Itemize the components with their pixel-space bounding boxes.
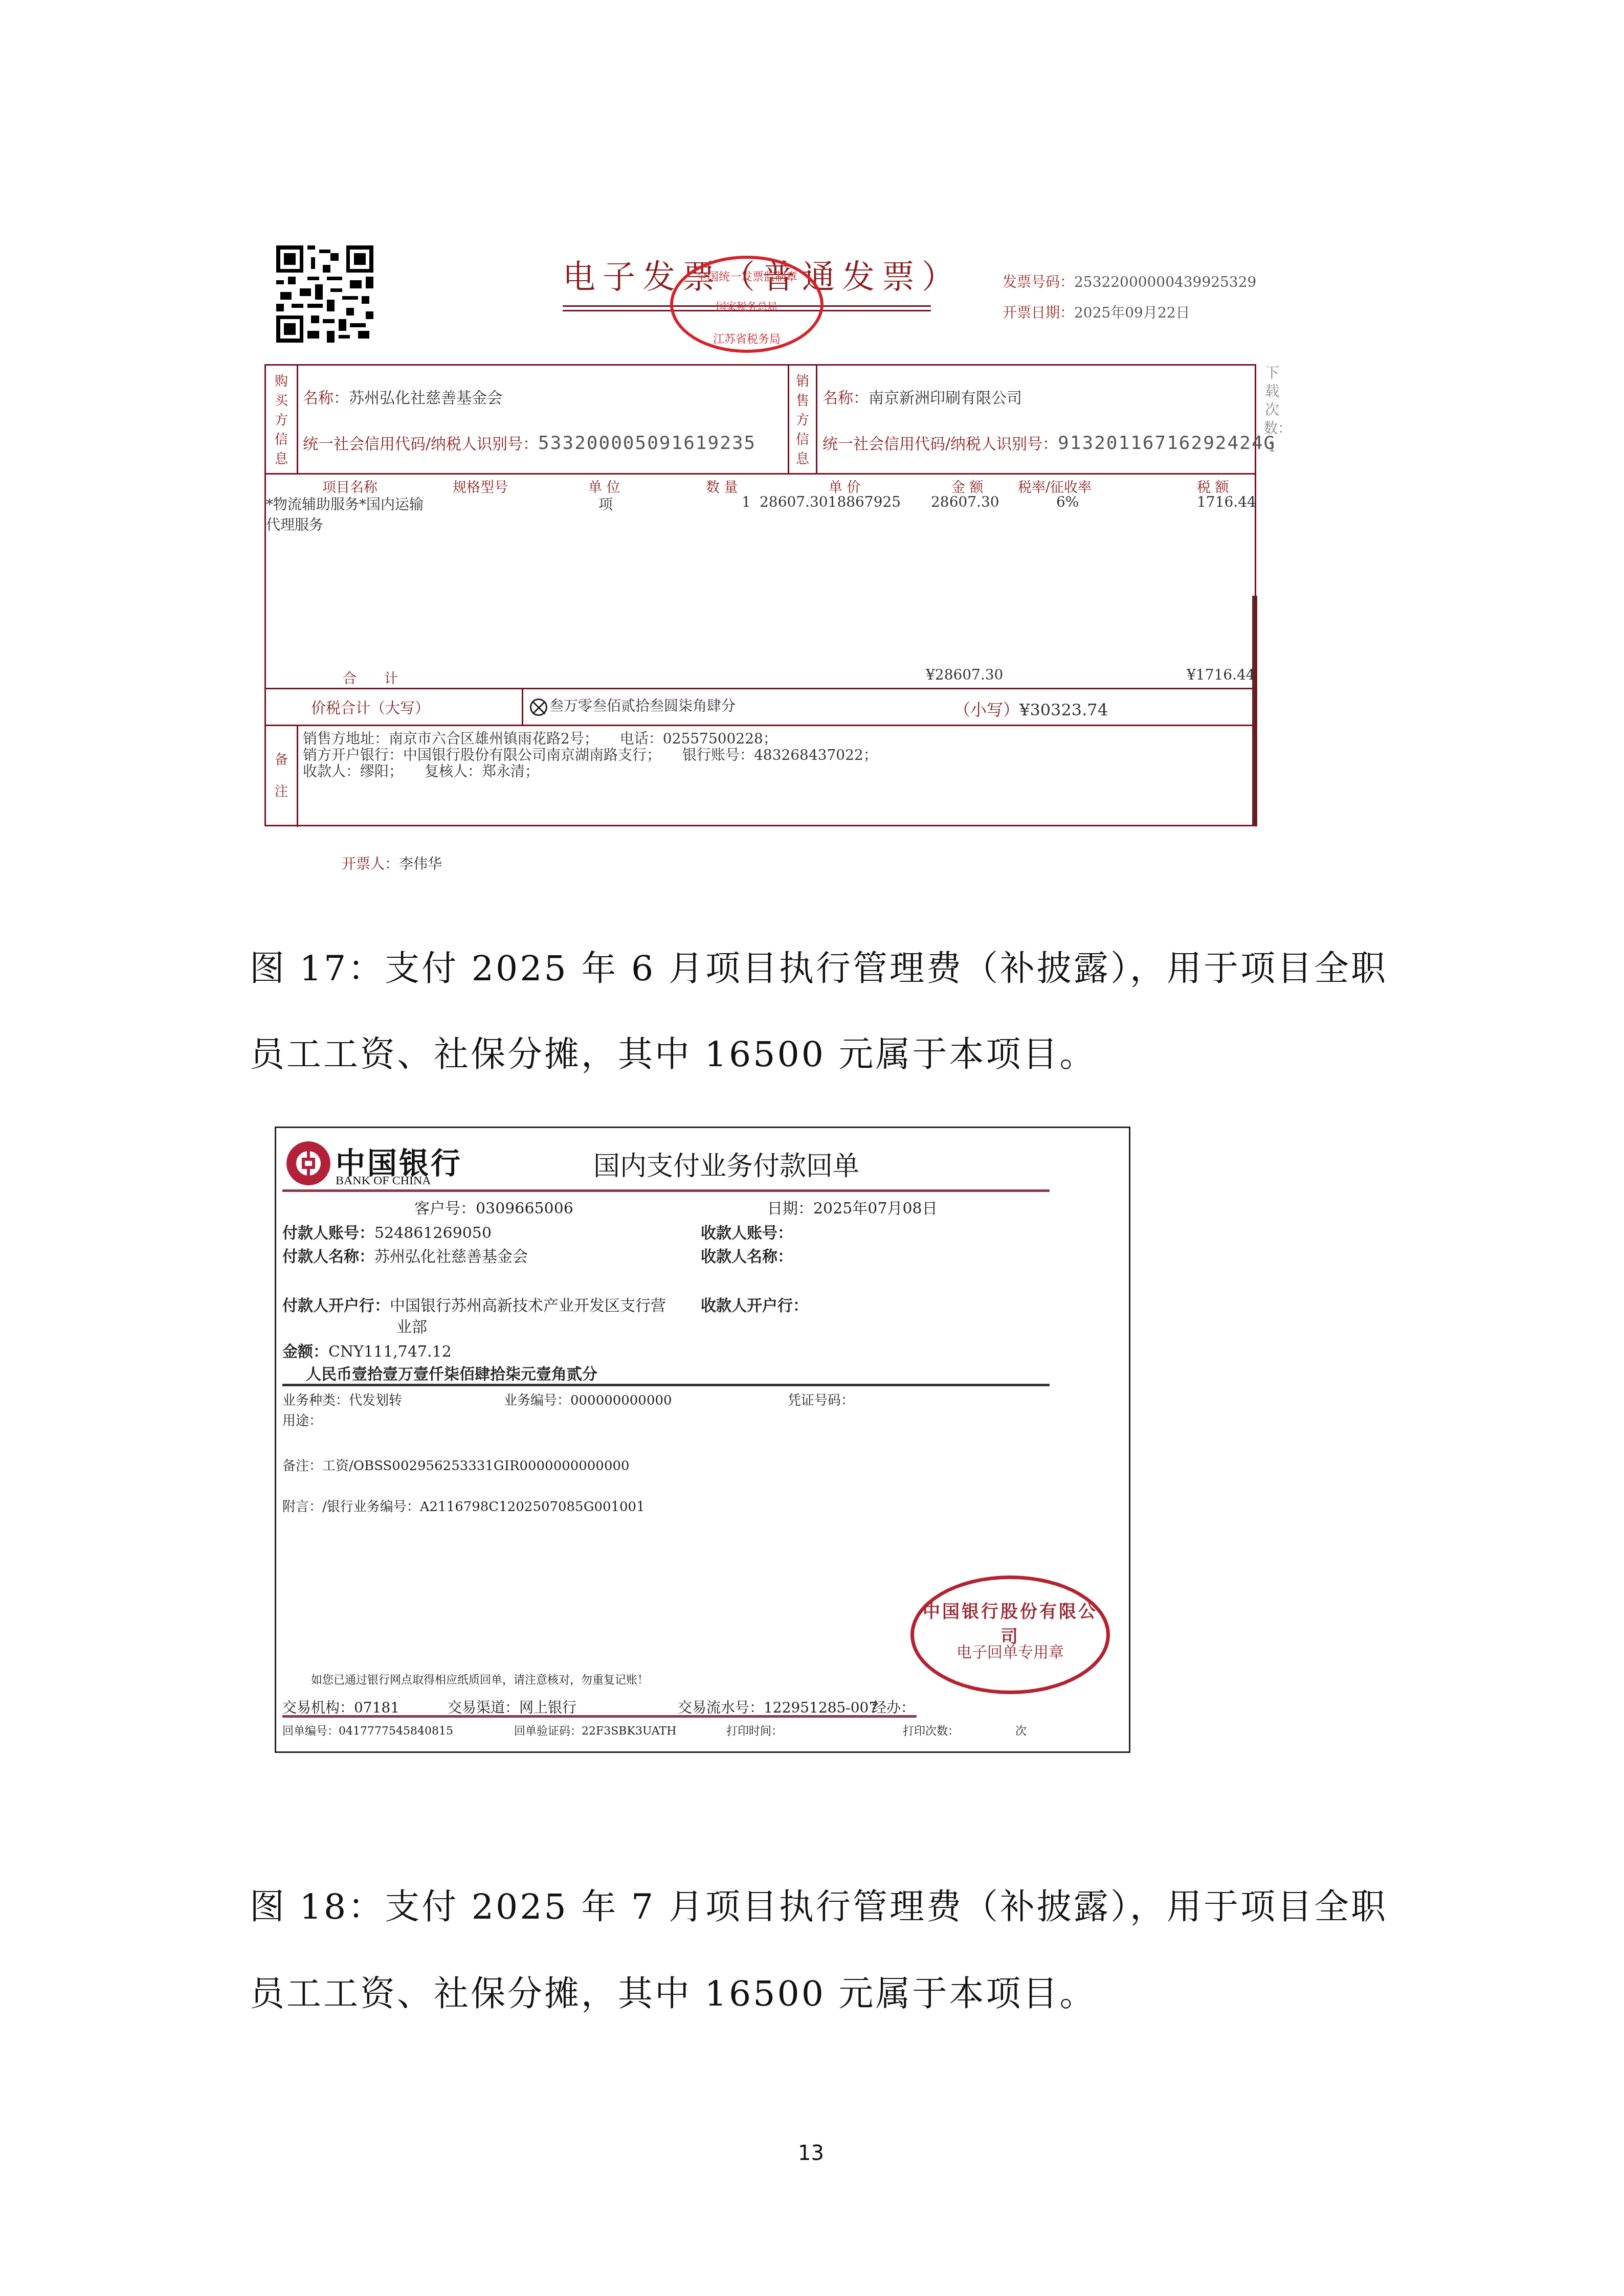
amount-rule — [282, 1384, 1050, 1386]
print-time: 打印时间： — [726, 1722, 783, 1738]
buyer-section-label: 购买方信息 — [269, 372, 294, 469]
seller-section-label: 销售方信息 — [790, 372, 815, 469]
payee-name: 收款人名称： — [701, 1244, 793, 1266]
total-label: 合 计 — [343, 667, 398, 687]
divider — [266, 473, 1255, 475]
amount: 金额：CNY111,747.12 — [282, 1339, 452, 1361]
print-count: 打印次数：次 — [903, 1722, 1027, 1738]
seller-taxid: 统一社会信用代码/纳税人识别号：91320116716292424G — [822, 431, 1276, 454]
business-no: 业务编号：000000000000 — [504, 1390, 672, 1409]
col-tax-rate: 税率/征收率 — [1018, 476, 1092, 496]
bank-receipt: 中国银行 BANK OF CHINA 国内支付业务付款回单 客户号：030966… — [275, 1127, 1130, 1753]
transaction-channel: 交易渠道：网上银行 — [448, 1697, 576, 1717]
qr-code — [276, 245, 373, 343]
item-qty: 1 — [742, 493, 751, 510]
payee-account: 收款人账号： — [701, 1220, 793, 1243]
verify-code: 回单验证码：22F3SBK3UATH — [514, 1722, 676, 1738]
buyer-taxid: 统一社会信用代码/纳税人识别号：533200005091619235 — [303, 431, 756, 454]
seller-name: 名称：南京新洲印刷有限公司 — [822, 385, 1022, 408]
invoice-number: 发票号码：25322000000439925329 — [1003, 271, 1256, 291]
grand-total-label: 价税合计（大写） — [311, 697, 430, 718]
payer-bank: 付款人开户行：中国银行苏州高新技术产业开发区支行营 — [282, 1293, 666, 1315]
bank-receipt-stamp: 中国银行股份有限公司 电子回单专用章 — [910, 1575, 1110, 1694]
figure-17-caption-line1: 图 17：支付 2025 年 6 月项目执行管理费（补披露），用于项目全职 — [250, 941, 1388, 991]
total-amount: ¥28607.30 — [926, 666, 1003, 683]
duplicate-notice: 如您已通过银行网点取得相应纸质回单，请注意核对，勿重复记账！ — [311, 1671, 649, 1687]
header-rule — [282, 1189, 1050, 1192]
amount-in-words: 人民币壹拾壹万壹仟柒佰肆拾柒元壹角贰分 — [306, 1361, 597, 1384]
customer-no: 客户号：0309665006 — [414, 1196, 573, 1218]
voucher-no: 凭证号码： — [788, 1390, 854, 1409]
payer-bank-cont: 业部 — [396, 1314, 427, 1337]
page-number: 13 — [798, 2142, 824, 2165]
receipt-date: 日期：2025年07月08日 — [767, 1196, 938, 1218]
bank-name-en: BANK OF CHINA — [336, 1174, 431, 1188]
grand-total-words: 叁万零叁佰贰拾叁圆柒角肆分 — [530, 695, 736, 716]
footer-rule — [282, 1715, 917, 1718]
business-type: 业务种类：代发划转 — [282, 1390, 402, 1409]
divider — [266, 725, 1255, 726]
bank-of-china-logo-icon — [286, 1141, 330, 1185]
remark: 备注：工资/OBSS002956253331GIR0000000000000 — [282, 1455, 630, 1474]
buyer-name: 名称：苏州弘化社慈善基金会 — [303, 385, 502, 408]
figure-17-caption-line2: 员工工资、社保分摊，其中 16500 元属于本项目。 — [250, 1027, 1097, 1076]
figure-18-caption-line1: 图 18：支付 2025 年 7 月项目执行管理费（补披露），用于项目全职 — [250, 1879, 1388, 1929]
grand-total: （小写）¥30323.74 — [954, 697, 1108, 721]
item-name-cont: 代理服务 — [266, 514, 323, 534]
payee-bank: 收款人开户行： — [701, 1293, 808, 1315]
item-unit: 项 — [598, 493, 613, 514]
divider — [266, 688, 1255, 689]
payer-name: 付款人名称：苏州弘化社慈善基金会 — [282, 1244, 528, 1266]
item-name: *物流辅助服务*国内运输 — [266, 493, 424, 514]
transaction-serial: 交易流水号：122951285-007 — [678, 1697, 878, 1717]
handler: 经办： — [872, 1697, 915, 1717]
item-amount: 28607.30 — [931, 493, 999, 510]
item-tax: 1716.44 — [1197, 493, 1256, 510]
col-spec: 规格型号 — [453, 476, 508, 496]
receipt-title: 国内支付业务付款回单 — [593, 1144, 859, 1183]
receipt-no: 回单编号：0417777545840815 — [282, 1722, 453, 1738]
col-qty: 数 量 — [706, 476, 738, 496]
circle-x-icon — [530, 699, 547, 716]
invoice-issuer: 开票人：李伟华 — [342, 853, 442, 873]
postscript: 附言：/银行业务编号：A2116798C1202507085G001001 — [282, 1496, 645, 1515]
item-tax-rate: 6% — [1056, 493, 1079, 510]
invoice-table: 购买方信息 名称：苏州弘化社慈善基金会 统一社会信用代码/纳税人识别号：5332… — [264, 364, 1256, 826]
figure-18-caption-line2: 员工工资、社保分摊，其中 16500 元属于本项目。 — [250, 1966, 1097, 2016]
tax-bureau-stamp: 全国统一发票监制章 国家税务总局 江苏省税务局 — [670, 256, 824, 353]
item-unit-price: 28607.3018867925 — [760, 493, 901, 510]
remarks-label: 备注 — [269, 744, 294, 807]
invoice-date: 开票日期：2025年09月22日 — [1003, 302, 1190, 322]
payer-account: 付款人账号：524861269050 — [282, 1220, 492, 1243]
purpose: 用途： — [282, 1410, 322, 1429]
transaction-org: 交易机构：07181 — [282, 1697, 399, 1717]
total-tax: ¥1716.44 — [1187, 666, 1255, 683]
remark-line: 收款人：缪阳； 复核人：郑永清； — [303, 760, 539, 781]
